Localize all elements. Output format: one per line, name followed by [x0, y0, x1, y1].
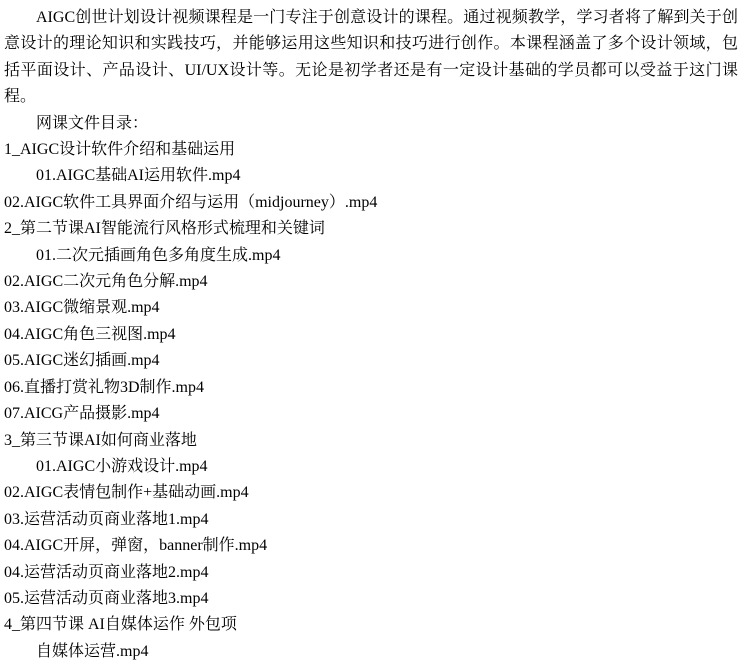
file-list-line: 02.AIGC表情包制作+基础动画.mp4	[4, 480, 738, 506]
file-list-line: 1_AIGC设计软件介绍和基础运用	[4, 137, 738, 163]
catalog-heading: 网课文件目录：	[4, 111, 738, 137]
file-list-line: 4_第四节课 AI自媒体运作 外包项	[4, 612, 738, 638]
file-list-line: 03.运营活动页商业落地1.mp4	[4, 507, 738, 533]
file-list-line: 02.AIGC二次元角色分解.mp4	[4, 269, 738, 295]
file-list: 1_AIGC设计软件介绍和基础运用01.AIGC基础AI运用软件.mp402.A…	[4, 137, 738, 665]
file-list-line: 04.运营活动页商业落地2.mp4	[4, 560, 738, 586]
course-intro-paragraph: AIGC创世计划设计视频课程是一门专注于创意设计的课程。通过视频教学，学习者将了…	[4, 5, 738, 111]
file-list-line: 04.AIGC开屏，弹窗，banner制作.mp4	[4, 533, 738, 559]
file-list-line: 03.AIGC微缩景观.mp4	[4, 295, 738, 321]
file-list-line: 05.运营活动页商业落地3.mp4	[4, 586, 738, 612]
file-list-line: 04.AIGC角色三视图.mp4	[4, 322, 738, 348]
file-list-line: 2_第二节课AI智能流行风格形式梳理和关键词	[4, 216, 738, 242]
file-list-line: 01.二次元插画角色多角度生成.mp4	[4, 243, 738, 269]
file-list-line: 01.AIGC小游戏设计.mp4	[4, 454, 738, 480]
document-page: AIGC创世计划设计视频课程是一门专注于创意设计的课程。通过视频教学，学习者将了…	[0, 0, 750, 666]
file-list-line: 06.直播打赏礼物3D制作.mp4	[4, 375, 738, 401]
file-list-line: 01.AIGC基础AI运用软件.mp4	[4, 163, 738, 189]
file-list-line: 07.AICG产品摄影.mp4	[4, 401, 738, 427]
file-list-line: 自媒体运营.mp4	[4, 639, 738, 665]
file-list-line: 3_第三节课AI如何商业落地	[4, 428, 738, 454]
file-list-line: 05.AIGC迷幻插画.mp4	[4, 348, 738, 374]
file-list-line: 02.AIGC软件工具界面介绍与运用（midjourney）.mp4	[4, 190, 738, 216]
